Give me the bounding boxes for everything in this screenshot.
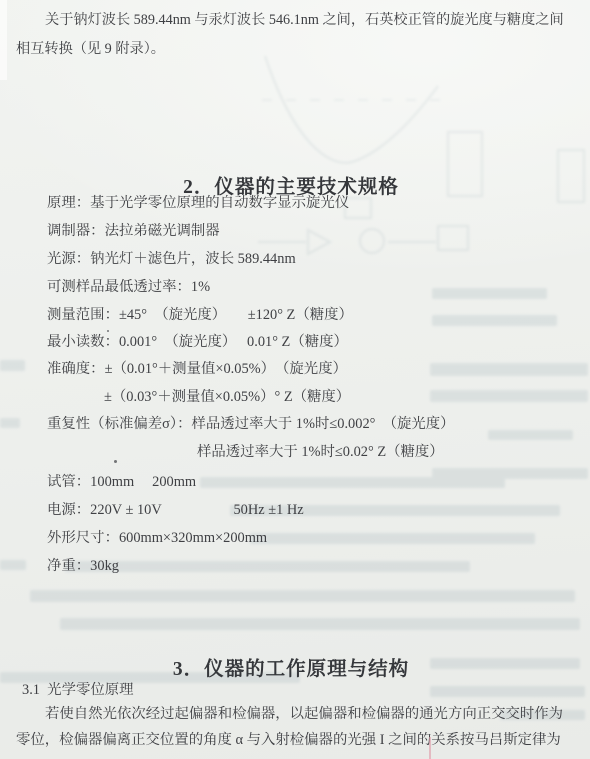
optical-zero-principle-paragraph: 若使自然光依次经过起偏器和检偏器，以起偏器和检偏器的通光方向正交交时作为 零位，… <box>16 701 563 753</box>
spec-dimensions: 外形尺寸：600mm×320mm×200mm <box>47 528 267 548</box>
ink-speck <box>114 460 117 463</box>
intro-paragraph: 关于钠灯波长 589.44nm 与汞灯波长 546.1nm 之间，石英校正管的旋… <box>16 6 564 64</box>
spec-min-transmittance: 可测样品最低透过率：1% <box>47 277 210 297</box>
bleed-through-layer <box>0 0 590 759</box>
spec-repeatability-rotation: 重复性（标准偏差σ）：样品透过率大于 1%时≤0.002° （旋光度） <box>47 414 455 434</box>
bleed-through-diagram <box>0 0 590 759</box>
spec-repeatability-sugar: 样品透过率大于 1%时≤0.02° Z（糖度） <box>197 442 444 462</box>
spec-power-supply: 电源：220V ± 10V 50Hz ±1 Hz <box>47 500 304 520</box>
ink-speck <box>107 330 109 332</box>
spec-measuring-range: 测量范围：±45° （旋光度） ±120° Z（糖度） <box>47 305 353 325</box>
scanned-document-page: 关于钠灯波长 589.44nm 与汞灯波长 546.1nm 之间，石英校正管的旋… <box>0 0 590 759</box>
scan-edge-artifact <box>0 0 7 80</box>
spec-accuracy-rotation: 准确度：±（0.01°＋测量值×0.05%） （旋光度） <box>47 359 347 379</box>
spec-net-weight: 净重：30kg <box>47 556 119 576</box>
spec-min-reading: 最小读数：0.001° （旋光度） 0.01° Z（糖度） <box>47 332 348 352</box>
subsection-3-1-heading: 3.1 光学零位原理 <box>22 680 134 700</box>
pink-scan-mark <box>429 737 431 759</box>
spec-modulator: 调制器：法拉弟磁光调制器 <box>47 221 220 241</box>
spec-accuracy-sugar: ±（0.03°＋测量值×0.05%）° Z（糖度） <box>104 387 350 407</box>
spec-light-source: 光源：钠光灯＋滤色片，波长 589.44nm <box>47 249 296 269</box>
spec-principle: 原理：基于光学零位原理的自动数字显示旋光仪 <box>47 193 349 213</box>
spec-sample-tubes: 试管：100mm 200mm <box>47 472 196 492</box>
